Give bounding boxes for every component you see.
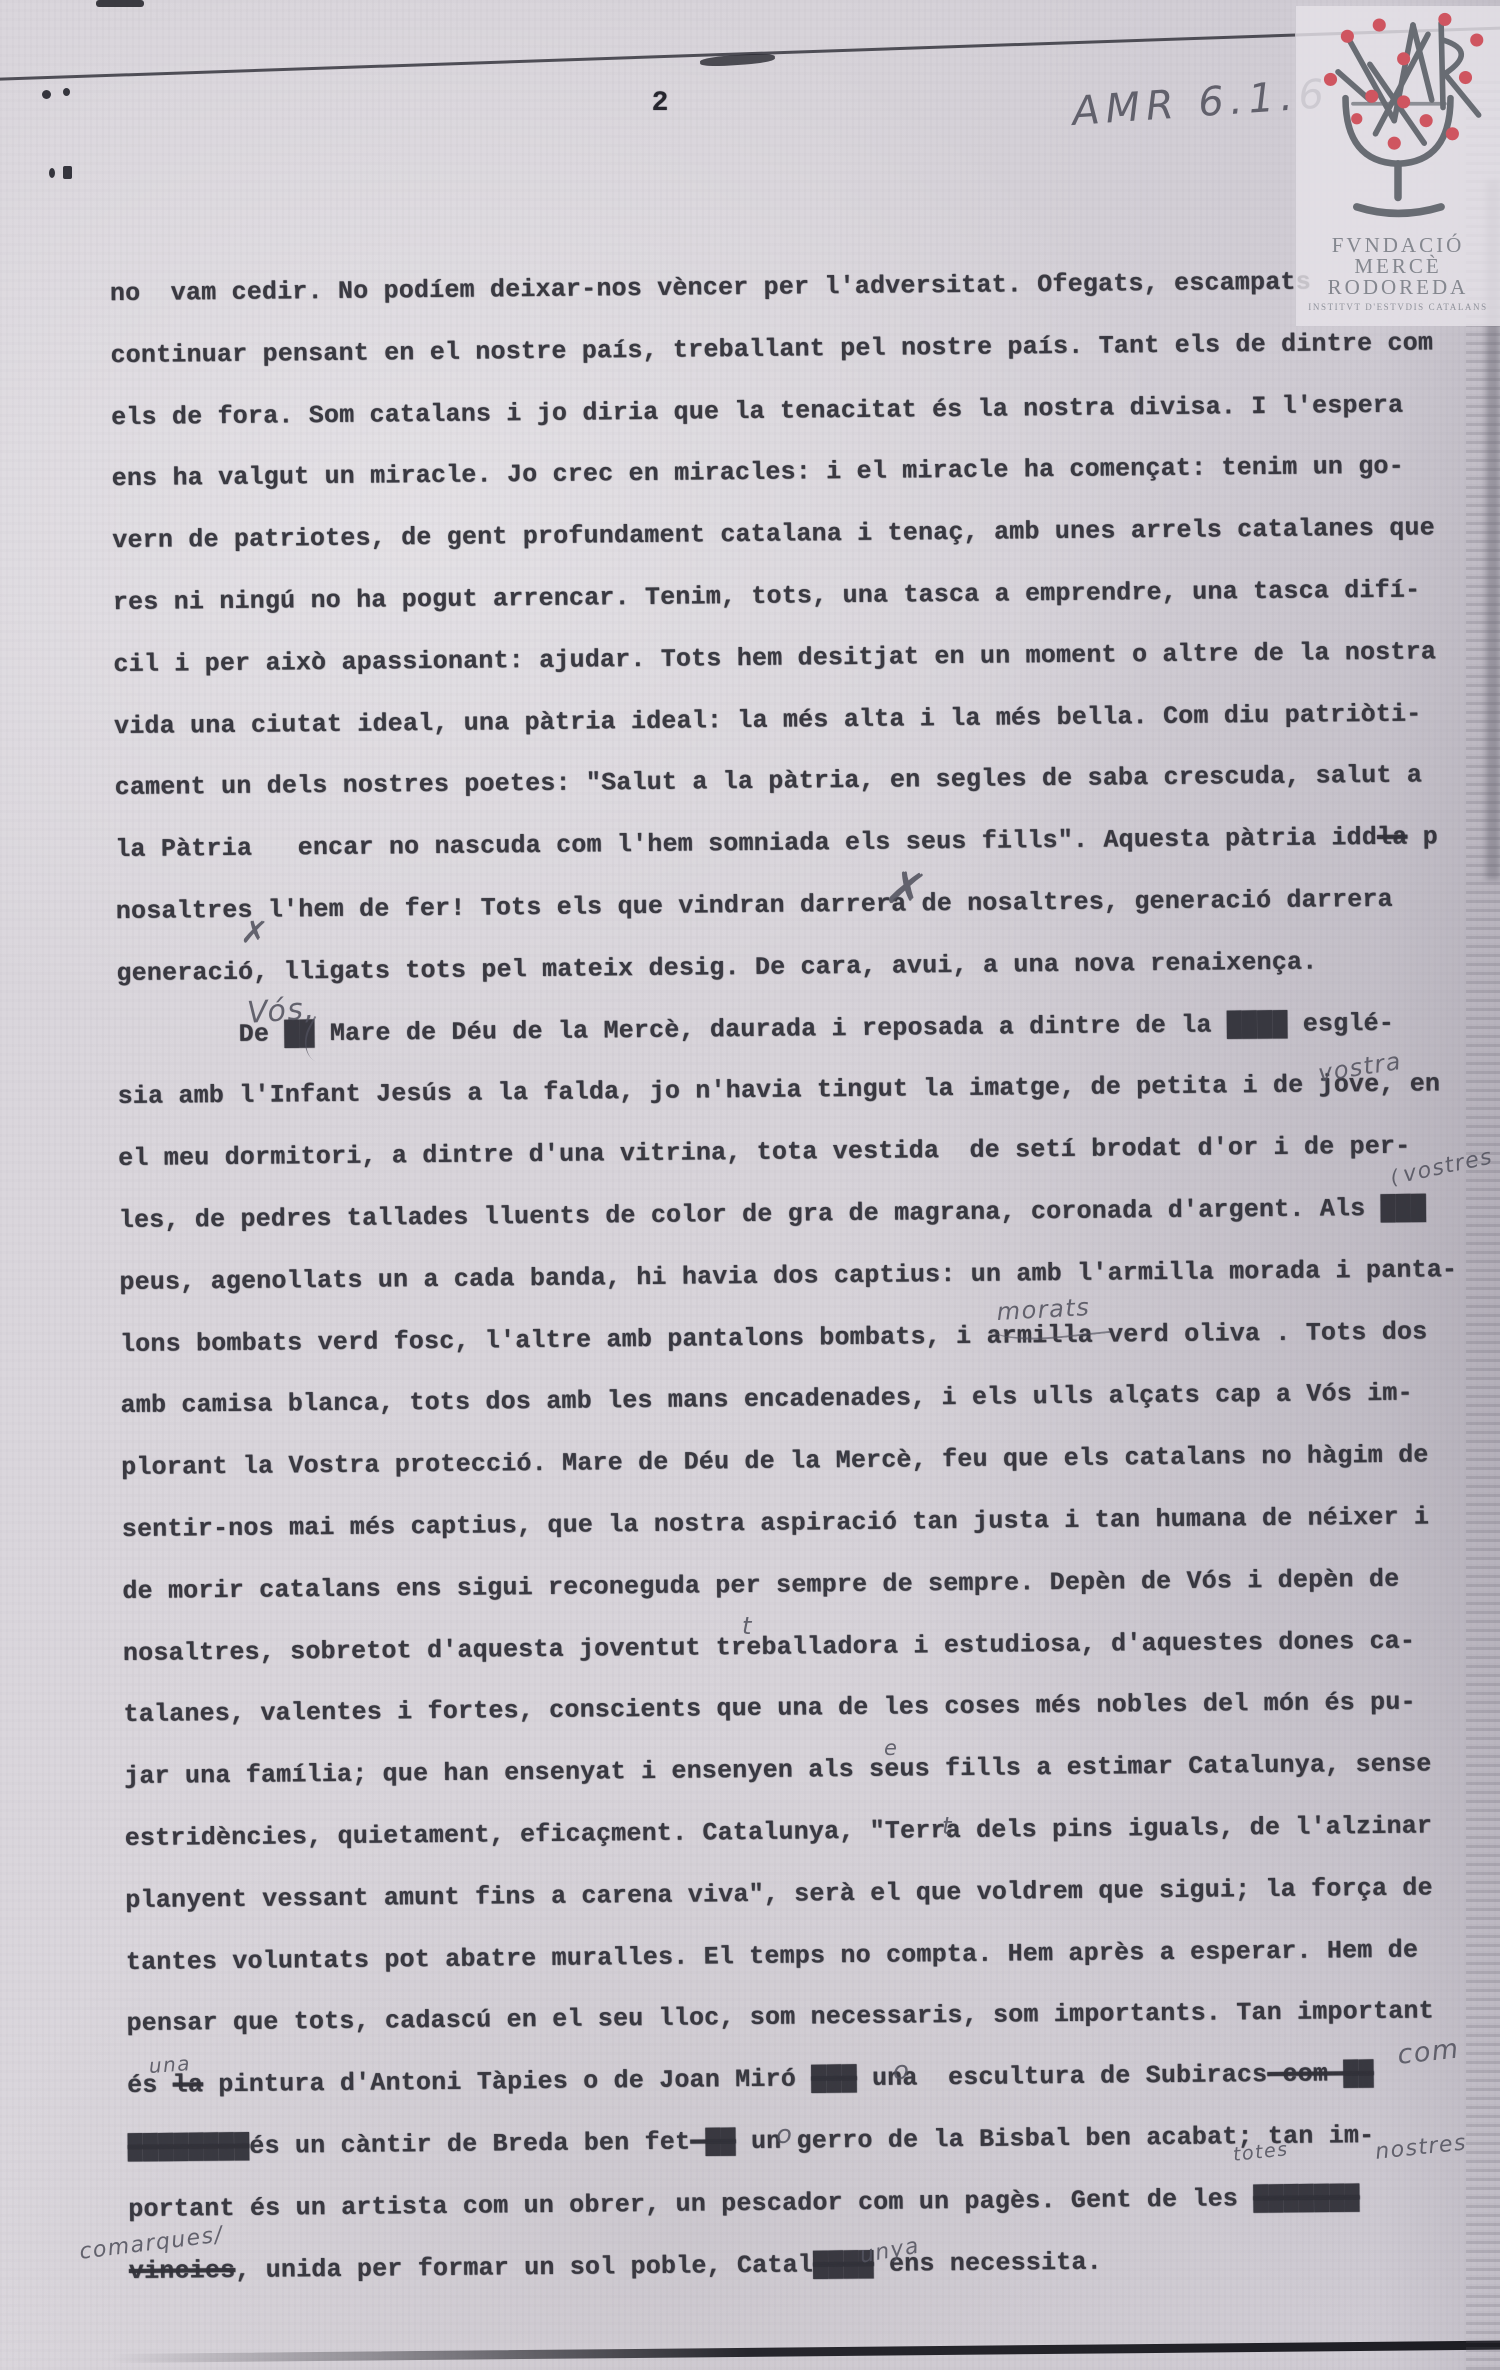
text-line: talanes, valentes i fortes, conscients q… [123,1688,1415,1729]
typewritten-text: no vam cedir. No podíem deixar-nos vènce… [0,0,1500,2370]
text-line: de morir catalans ens sigui reconeguda p… [122,1565,1399,1606]
text-line: res ni ningú no ha pogut arrencar. Tenim… [113,576,1421,618]
text-line: és la pintura d'Antoni Tàpies o de Joan … [127,2059,1374,2100]
watermark-org-line1: FVNDACIÓ [1332,235,1465,256]
text-line: estridències, quietament, eficaçment. Ca… [125,1811,1433,1853]
handwritten-o-1: o [893,2056,910,2086]
handwritten-vos: Vós, [246,991,317,1031]
struck-text: ███ [811,2064,857,2093]
text-line: lons bombats verd fosc, l'altre amb pant… [120,1317,1428,1359]
text-line: peus, agenollats un a cada banda, hi hav… [119,1255,1457,1297]
text-line: el meu dormitori, a dintre d'una vitrina… [118,1132,1410,1173]
struck-text: vincies [129,2256,236,2286]
text-line: tantes voluntats pot abatre muralles. El… [126,1935,1418,1976]
typewritten-lines: no vam cedir. No podíem deixar-nos vènce… [0,0,1497,1]
text-line: generació, lligats tots pel mateix desig… [116,947,1317,988]
text-line: nosaltres, sobretot d'aquesta joventut t… [123,1626,1415,1667]
watermark-subtitle: INSTITVT D'ESTVDIS CATALANS [1308,302,1487,312]
text-line: continuar pensant en el nostre país, tre… [110,328,1433,370]
handwritten-insert-cross-2: ✗ [239,912,271,953]
text-line: vincies, unida per formar un sol poble, … [129,2247,1102,2285]
text-line: ens ha valgut un miracle. Jo crec en mir… [112,452,1404,493]
text-line: cament un dels nostres poetes: "Salut a … [115,761,1423,803]
text-line: cil i per això apassionant: ajudar. Tots… [113,637,1436,679]
watermark-org-line2: MERCÈ [1354,256,1441,277]
struck-text: ███████ [1253,2183,1360,2213]
handwritten-t-joventut: t [742,1612,753,1640]
handwritten-e-els: e [884,1736,898,1760]
handwritten-morats: morats [996,1293,1091,1326]
handwritten-com: com [1396,2034,1461,2071]
text-line: vern de patriotes, de gent profundament … [112,514,1435,556]
text-line: sentir-nos mai més captius, que la nostr… [122,1502,1430,1544]
handwritten-una: una [148,2051,192,2078]
handwritten-o-2: o [776,2120,793,2150]
struck-text: ██ [690,2127,736,2156]
chalice-logo-icon [1303,6,1493,235]
text-line: pensar que tots, cadascú en el seu lloc,… [126,1997,1434,2039]
text-line: portant és un artista com un obrer, un p… [128,2183,1360,2224]
text-line: nosaltres l'hem de fer! Tots els que vin… [116,885,1393,926]
watermark-org-line3: RODOREDA [1328,277,1469,298]
text-line: sia amb l'Infant Jesús a la falda, jo n'… [118,1070,1441,1112]
handwritten-t-terra: t [942,1812,953,1840]
text-line: vida una ciutat ideal, una pàtria ideal:… [114,699,1422,741]
struck-text: com ██ [1267,2059,1374,2089]
text-line: la Pàtria encar no nascuda com l'hem som… [115,823,1438,865]
text-line: planyent vessant amunt fins a carena viv… [125,1873,1433,1915]
struck-text: la [1377,823,1408,852]
foundation-watermark: FVNDACIÓ MERCÈ RODOREDA INSTITVT D'ESTVD… [1295,6,1500,326]
struck-text: ████████ [128,2132,250,2162]
text-line: plorant la Vostra protecció. Mare de Déu… [121,1441,1429,1483]
text-line: jar una família; que han ensenyat i ense… [124,1750,1432,1792]
text-line: els de fora. Som catalans i jo diria que… [111,390,1403,431]
text-line: amb camisa blanca, tots dos amb les mans… [120,1379,1412,1420]
text-line: ████████és un càntir de Breda ben fet ██… [128,2121,1375,2162]
scanned-page: 2 AMR 6.1.6 no vam cedir. No podíem deix… [0,0,1500,2370]
text-line: no vam cedir. No podíem deixar-nos vènce… [110,268,1311,309]
text-line: les, de pedres tallades lluents de color… [119,1194,1427,1236]
